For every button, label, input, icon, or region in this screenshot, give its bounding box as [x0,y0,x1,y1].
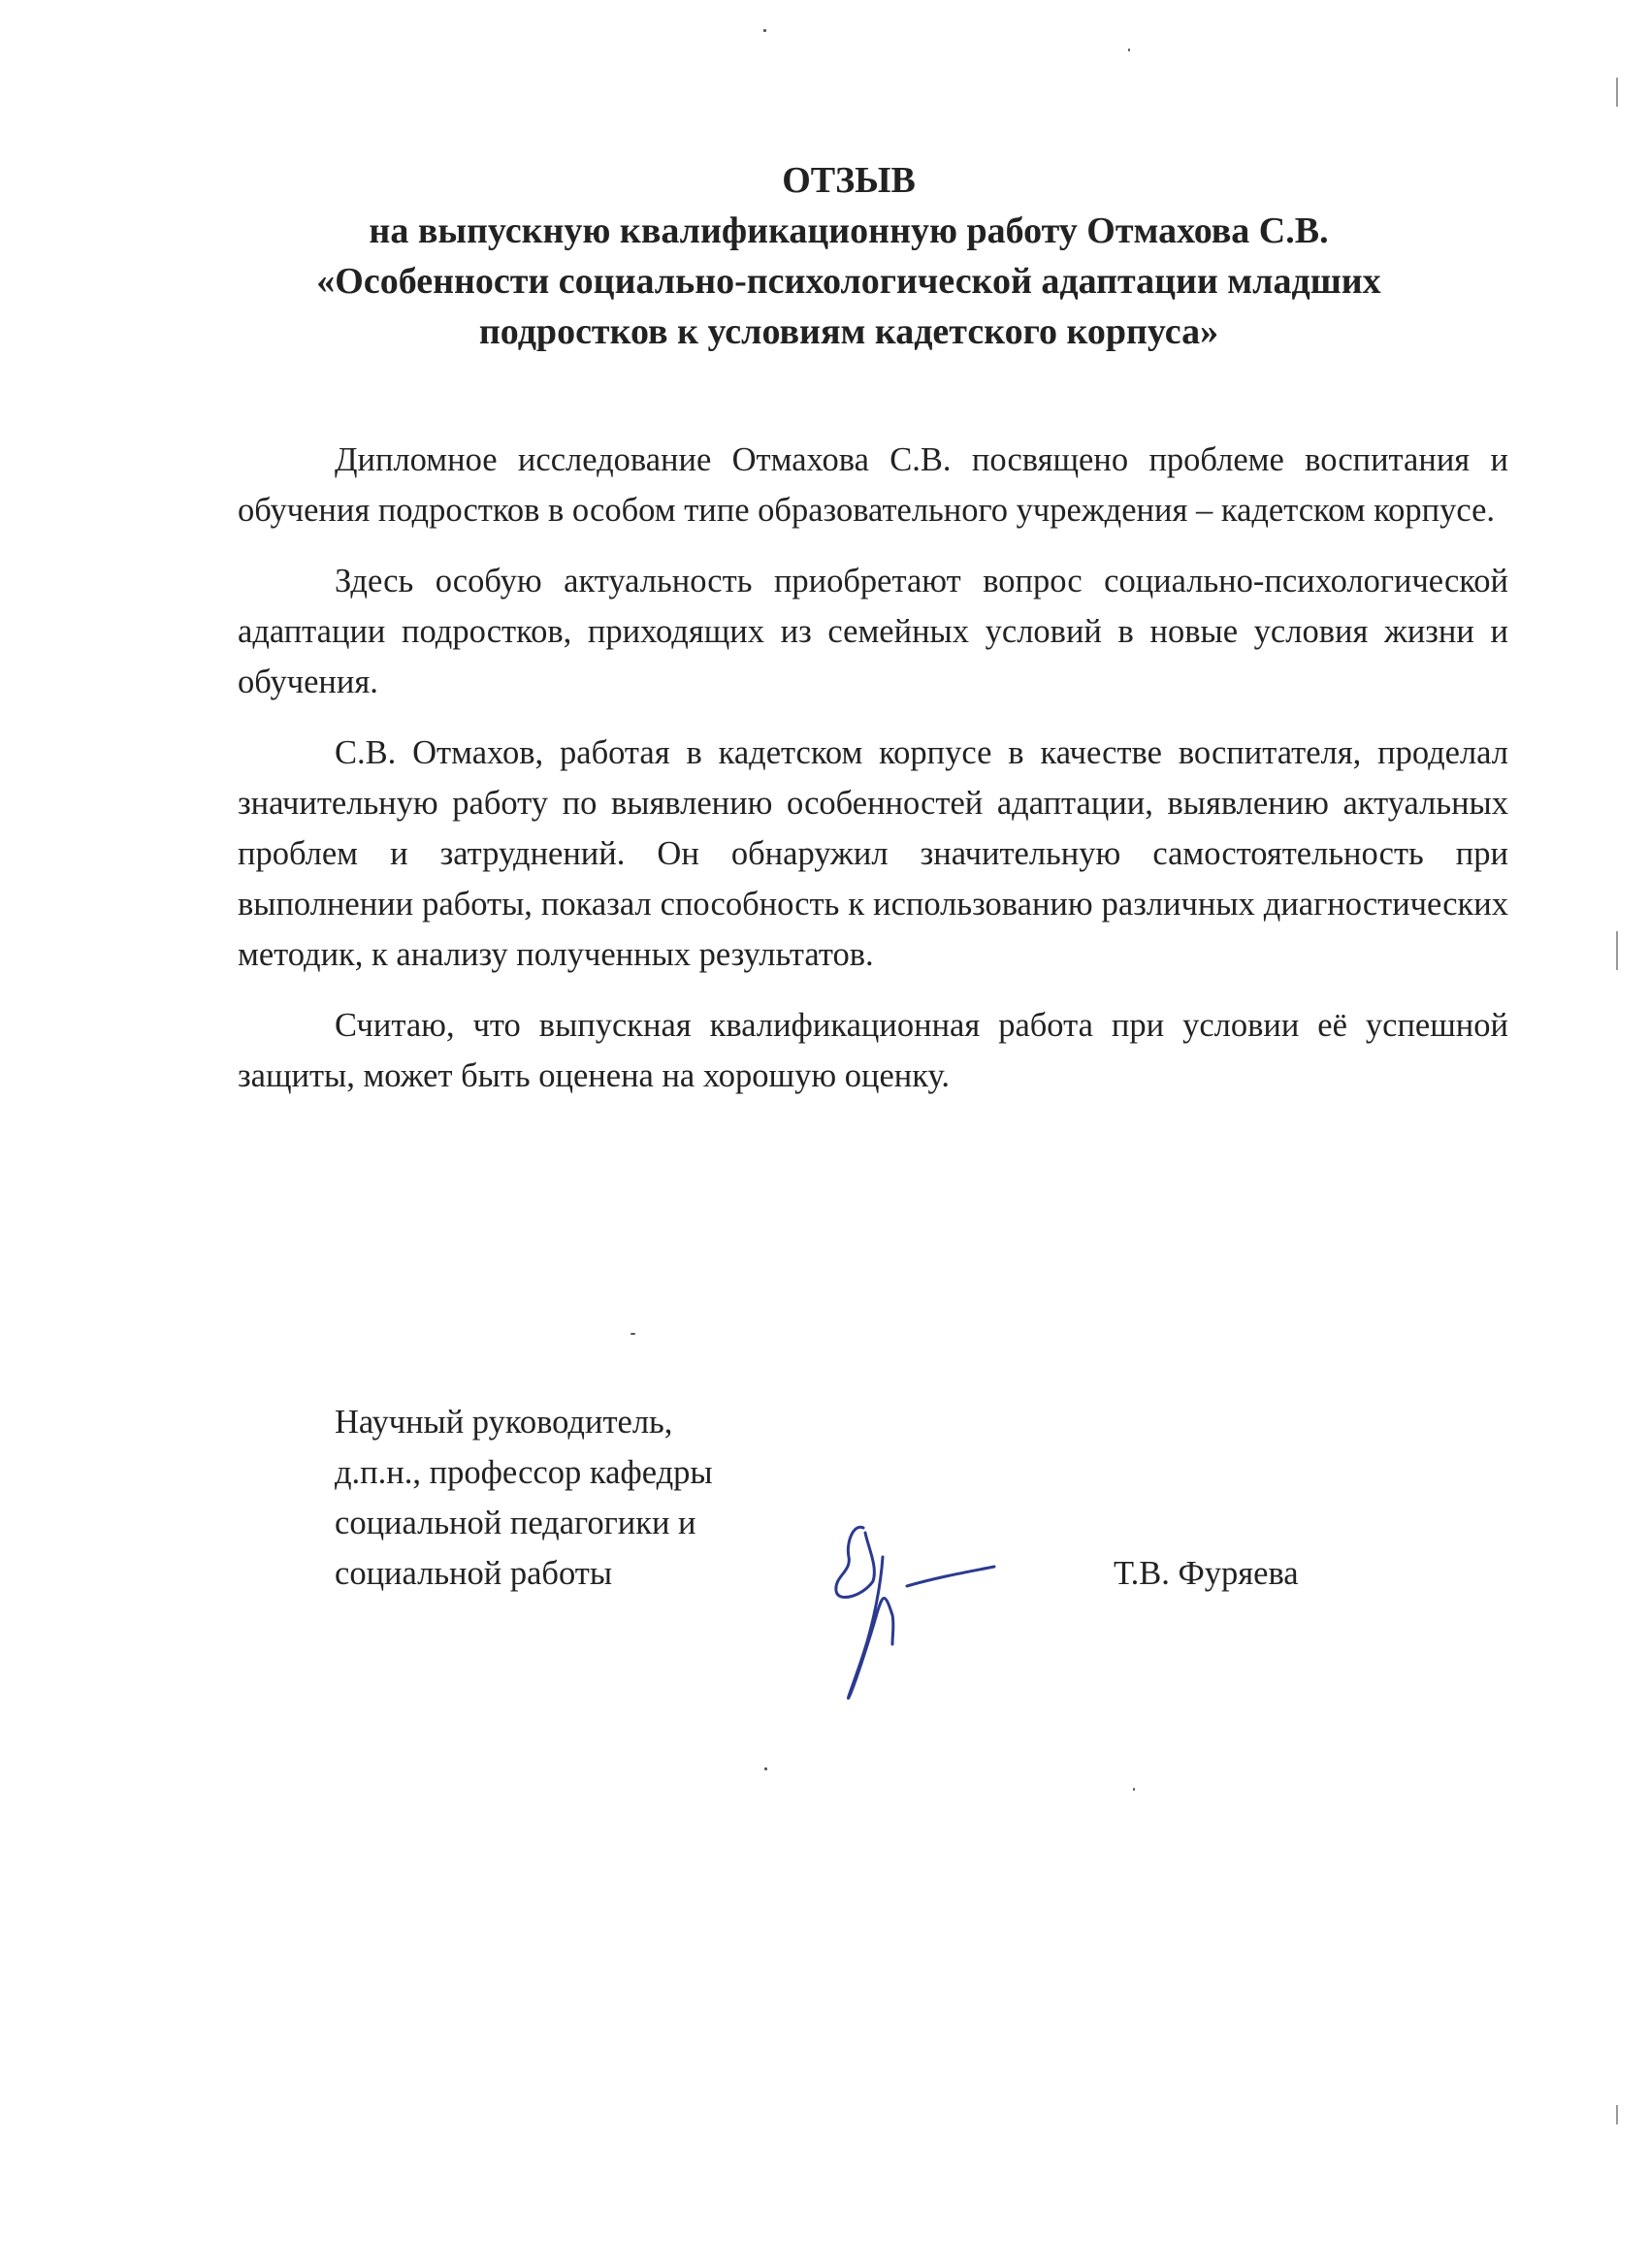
signer-position-line-1: Научный руководитель, [335,1397,713,1447]
scan-speck [1128,49,1130,51]
paragraph-1: Дипломное исследование Отмахова С.В. пос… [238,435,1508,535]
scan-speck [764,1767,767,1770]
subtitle-line-3: подростков к условиям кадетского корпуса… [291,307,1406,357]
scanned-document-page: ОТЗЫВ на выпускную квалификационную рабо… [0,0,1649,2268]
document-title: ОТЗЫВ [291,155,1406,206]
signer-position: Научный руководитель, д.п.н., профессор … [335,1397,713,1599]
signer-position-line-2: д.п.н., профессор кафедры [335,1447,713,1498]
document-header: ОТЗЫВ на выпускную квалификационную рабо… [291,155,1406,357]
scan-edge-mark [1616,2105,1618,2124]
scan-speck [1133,1788,1135,1791]
scan-speck [630,1333,635,1335]
signer-name: Т.В. Фуряева [1114,1548,1299,1599]
subtitle-line-2: «Особенности социально-психологической а… [291,256,1406,307]
document-body: Дипломное исследование Отмахова С.В. пос… [238,435,1508,1121]
paragraph-2: Здесь особую актуальность приобретают во… [238,556,1508,707]
scan-edge-mark [1616,78,1618,107]
signer-position-line-4: социальной работы [335,1548,713,1599]
signer-position-line-3: социальной педагогики и [335,1498,713,1548]
scan-edge-mark [1616,931,1618,970]
subtitle-line-1: на выпускную квалификационную работу Отм… [291,206,1406,256]
scan-speck [763,29,766,32]
paragraph-3: С.В. Отмахов, работая в кадетском корпус… [238,728,1508,980]
handwritten-signature-icon [824,1499,1106,1722]
paragraph-4: Считаю, что выпускная квалификационная р… [238,1000,1508,1101]
